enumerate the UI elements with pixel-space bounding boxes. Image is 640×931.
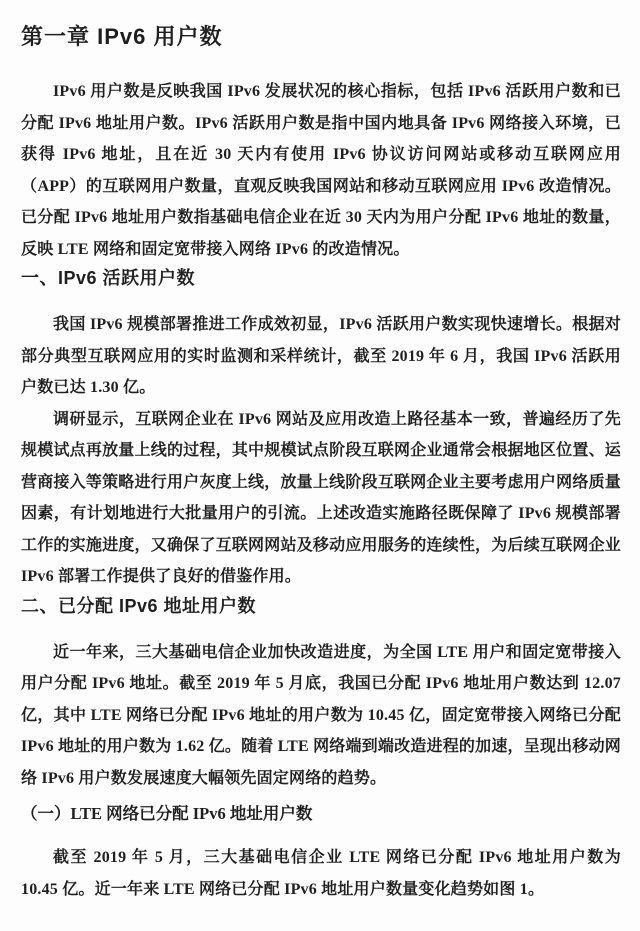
section-heading-allocated-addresses: 二、已分配 IPv6 地址用户数: [21, 593, 621, 619]
intro-paragraph: IPv6 用户数是反映我国 IPv6 发展状况的核心指标，包括 IPv6 活跃用…: [21, 76, 621, 265]
section-1-paragraph-2: 调研显示，互联网企业在 IPv6 网站及应用改造上路径基本一致，普遍经历了先规模…: [21, 404, 621, 593]
section-1-paragraph-1: 我国 IPv6 规模部署推进工作成效初显，IPv6 活跃用户数实现快速增长。根据…: [21, 309, 621, 404]
document-page: 第一章 IPv6 用户数 IPv6 用户数是反映我国 IPv6 发展状况的核心指…: [0, 0, 640, 931]
subsection-1-paragraph-1: 截至 2019 年 5 月，三大基础电信企业 LTE 网络已分配 IPv6 地址…: [21, 842, 621, 905]
section-heading-active-users: 一、IPv6 活跃用户数: [21, 265, 621, 291]
subsection-heading-lte-network: （一）LTE 网络已分配 IPv6 地址用户数: [21, 802, 621, 826]
section-2-paragraph-1: 近一年来，三大基础电信企业加快改造进度，为全国 LTE 用户和固定宽带接入用户分…: [21, 637, 621, 795]
chapter-title: 第一章 IPv6 用户数: [21, 22, 621, 52]
